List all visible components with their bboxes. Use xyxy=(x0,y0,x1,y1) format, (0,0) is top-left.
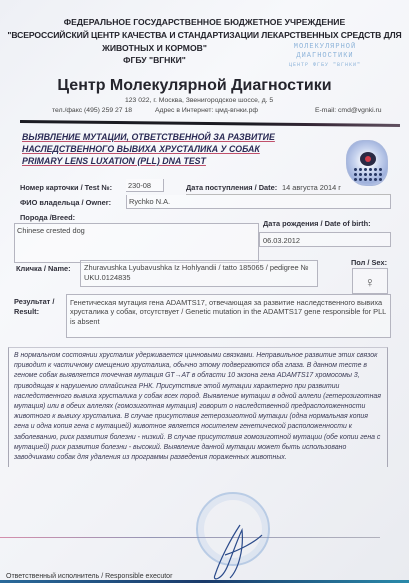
owner-label: ФИО владельца / Owner: xyxy=(20,198,111,207)
eye-icon xyxy=(360,152,376,166)
dots-pattern xyxy=(353,167,383,181)
signature-icon xyxy=(200,520,280,583)
female-icon: ♀ xyxy=(365,274,376,290)
lab-stamp: МОЛЕКУЛЯРНОЙ ДИАГНОСТИКИ ЦЕНТР ФГБУ "ВГН… xyxy=(280,43,370,70)
test-no-field: 230-08 xyxy=(126,179,164,192)
stamp-line: МОЛЕКУЛЯРНОЙ xyxy=(280,43,370,52)
result-field: Генетическая мутация гена ADAMTS17, отве… xyxy=(66,294,391,338)
breed-label: Порода /Breed: xyxy=(20,213,75,222)
name-label: Кличка / Name: xyxy=(16,264,71,273)
name-field: Zhuravushka Lyubavushka Iz Hohlyandii / … xyxy=(80,260,318,287)
owner-field: Rychko N.A. xyxy=(126,195,391,209)
institution-name-line2: "ВСЕРОССИЙСКИЙ ЦЕНТР КАЧЕСТВА И СТАНДАРТ… xyxy=(0,30,409,40)
separator-line xyxy=(0,537,380,538)
date-received-value: 14 августа 2014 г xyxy=(282,183,341,192)
stamp-line: ЦЕНТР ФГБУ "ВГНКИ" xyxy=(280,61,370,70)
test-no-label: Номер карточки / Test №: xyxy=(20,183,112,192)
institution-name-line1: ФЕДЕРАЛЬНОЕ ГОСУДАРСТВЕННОЕ БЮДЖЕТНОЕ УЧ… xyxy=(0,17,409,27)
header-divider xyxy=(20,120,400,127)
signature-label: Ответственный исполнитель / Responsible … xyxy=(6,573,172,580)
test-title: ВЫЯВЛЕНИЕ МУТАЦИИ, ОТВЕТСТВЕННОЙ ЗА РАЗВ… xyxy=(22,131,275,167)
date-received-label: Дата поступления / Date: xyxy=(186,183,277,192)
breed-field: Chinese crested dog xyxy=(14,223,259,263)
center-title: Центр Молекулярной Диагностики xyxy=(0,77,399,95)
email: E-mail: cmd@vgnki.ru xyxy=(315,107,382,114)
sex-label: Пол / Sex: xyxy=(351,258,387,267)
sex-field: ♀ xyxy=(352,268,388,294)
test-title-line1: ВЫЯВЛЕНИЕ МУТАЦИИ, ОТВЕТСТВЕННОЙ ЗА РАЗВ… xyxy=(22,131,275,143)
phone: тел./факс (495) 259 27 18 xyxy=(52,107,132,114)
dob-label: Дата рождения / Date of birth: xyxy=(263,219,371,228)
test-title-line2: НАСЛЕДСТВЕННОГО ВЫВИХА ХРУСТАЛИКА У СОБА… xyxy=(22,143,275,155)
website: Адрес в Интернет: цмд-вгнки.рф xyxy=(155,107,258,114)
lab-logo-icon xyxy=(346,140,388,186)
dob-field: 06.03.2012 xyxy=(259,232,391,247)
test-title-line3: PRIMARY LENS LUXATION (PLL) DNA TEST xyxy=(22,155,275,167)
stamp-line: ДИАГНОСТИКИ xyxy=(280,52,370,61)
explanation-text: В нормальном состоянии хрусталик удержив… xyxy=(14,351,382,463)
result-label: Результат / Result: xyxy=(14,297,59,317)
address: 123 022, г. Москва, Звенигородское шоссе… xyxy=(125,97,273,104)
